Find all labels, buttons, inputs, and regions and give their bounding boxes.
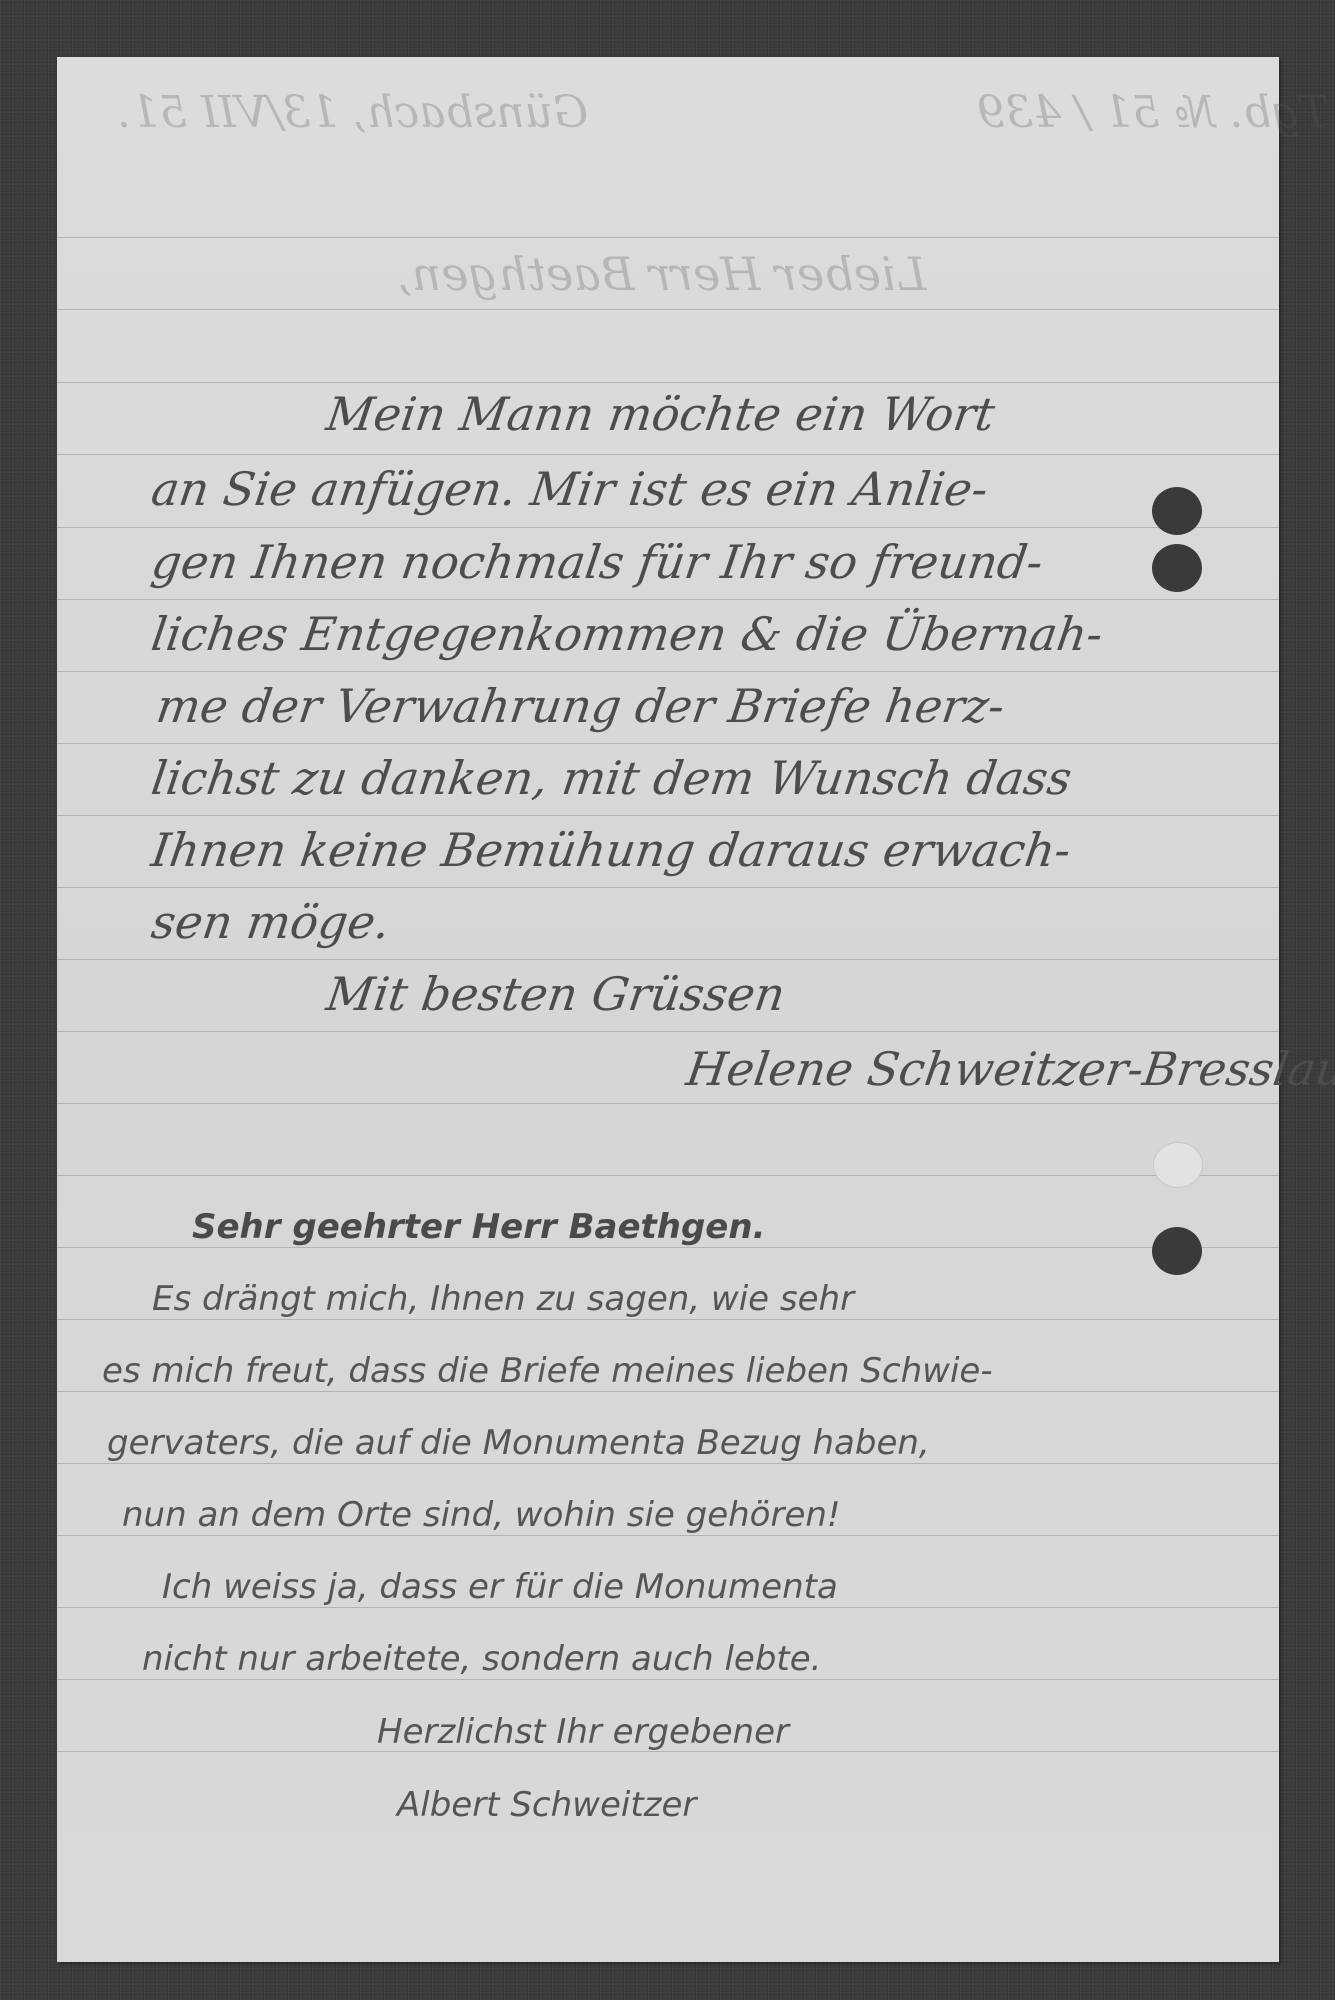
closing: Mit besten Grüssen [323, 967, 788, 1021]
ruled-line [57, 671, 1279, 672]
letter-line: gen Ihnen nochmals für Ihr so freund- [148, 535, 1046, 589]
letter-line: nun an dem Orte sind, wohin sie gehören! [122, 1495, 841, 1535]
ruled-line [57, 1031, 1279, 1032]
letter-line: liches Entgegenkommen & die Übernah- [148, 607, 1106, 661]
ruled-line [57, 1679, 1279, 1680]
ruled-line [57, 1535, 1279, 1536]
bleed-through-salutation: Lieber Herr Baethgen, [397, 247, 926, 301]
bleed-through-date: Günsbach, 13/VII 51. [117, 87, 588, 138]
letter-line: es mich freut, dass die Briefe meines li… [102, 1351, 993, 1391]
ruled-line [57, 1247, 1279, 1248]
signature-helene: Helene Schweitzer-Bresslau [683, 1042, 1335, 1096]
ruled-line [57, 815, 1279, 816]
signature-albert: Albert Schweitzer [397, 1785, 696, 1825]
letter-line: Mein Mann möchte ein Wort [323, 387, 998, 441]
ruled-line [57, 1103, 1279, 1104]
letter-line: Ihnen keine Bemühung daraus erwach- [148, 823, 1074, 877]
punch-hole-unpunched [1153, 1142, 1203, 1188]
ruled-line [57, 1175, 1279, 1176]
letter-line: lichst zu danken, mit dem Wunsch dass [148, 751, 1075, 805]
ruled-line [57, 382, 1279, 383]
ruled-line [57, 1607, 1279, 1608]
salutation: Sehr geehrter Herr Baethgen. [192, 1207, 765, 1247]
letter-line: gervaters, die auf die Monumenta Bezug h… [107, 1423, 930, 1463]
ruled-line [57, 527, 1279, 528]
archive-mark: Tgb. № 51 / 439 [977, 87, 1329, 138]
punch-hole [1152, 544, 1202, 592]
letter-line: an Sie anfügen. Mir ist es ein Anlie- [148, 462, 991, 516]
ruled-line [57, 959, 1279, 960]
ruled-line [57, 743, 1279, 744]
ruled-line [57, 1463, 1279, 1464]
ruled-line [57, 1319, 1279, 1320]
ruled-line [57, 237, 1279, 238]
ruled-line [57, 1391, 1279, 1392]
ruled-line [57, 454, 1279, 455]
letter-line: Ich weiss ja, dass er für die Monumenta [162, 1567, 838, 1607]
ruled-line [57, 309, 1279, 310]
ruled-line [57, 887, 1279, 888]
ruled-line [57, 599, 1279, 600]
letter-line: me der Verwahrung der Briefe herz- [153, 679, 1008, 733]
punch-hole [1152, 1227, 1202, 1275]
punch-hole [1152, 487, 1202, 535]
letter-line: Es drängt mich, Ihnen zu sagen, wie sehr [152, 1279, 854, 1319]
closing: Herzlichst Ihr ergebener [377, 1712, 789, 1752]
letter-line: nicht nur arbeitete, sondern auch lebte. [142, 1639, 821, 1679]
letter-line: sen möge. [148, 895, 393, 949]
letter-paper: Günsbach, 13/VII 51. Tgb. № 51 / 439 Lie… [57, 57, 1279, 1962]
